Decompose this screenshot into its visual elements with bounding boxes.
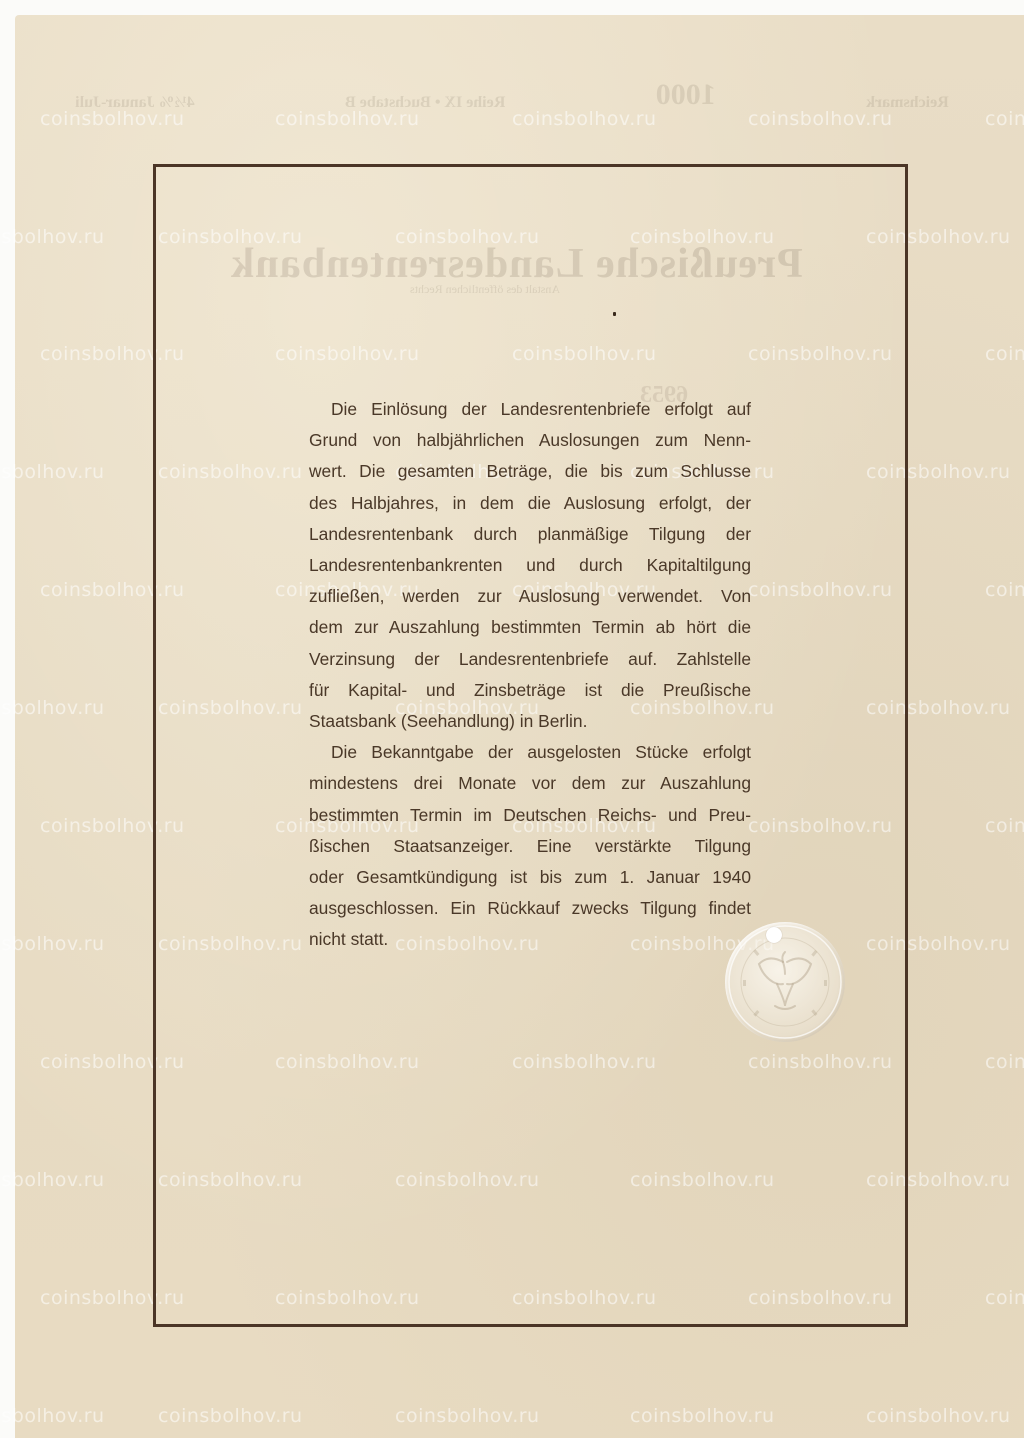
text-line: ausgeschlossen. Ein Rückkauf zwecks Tilg…	[309, 893, 751, 924]
text-line: Verzinsung der Landesrentenbriefe auf. Z…	[309, 644, 751, 675]
embossed-seal	[725, 922, 845, 1042]
paragraph-redemption: Die Einlösung der Landesrentenbriefe erf…	[309, 394, 751, 737]
text-line: Die Einlösung der Landesrentenbriefe erf…	[309, 394, 751, 425]
ink-speck	[613, 312, 616, 316]
text-line: Staatsbank (Seehandlung) in Berlin.	[309, 706, 751, 737]
text-line: ßischen Staatsanzeiger. Eine verstärkte …	[309, 831, 751, 862]
text-line: Die Bekanntgabe der ausgelosten Stücke e…	[309, 737, 751, 768]
text-line: Landesrentenbank durch planmäßige Tilgun…	[309, 519, 751, 550]
text-line: nicht statt.	[309, 924, 751, 955]
text-line: wert. Die gesamten Beträge, die bis zum …	[309, 456, 751, 487]
terms-text: Die Einlösung der Landesrentenbriefe erf…	[309, 394, 751, 956]
text-line: Landesrentenbankrenten und durch Kapital…	[309, 550, 751, 581]
text-line: des Halbjahres, in dem die Auslosung erf…	[309, 488, 751, 519]
paragraph-announcement: Die Bekanntgabe der ausgelosten Stücke e…	[309, 737, 751, 955]
text-line: bestimmten Termin im Deutschen Reichs- u…	[309, 800, 751, 831]
text-line: dem zur Auszahlung bestimmten Termin ab …	[309, 612, 751, 643]
eagle-seal-icon	[725, 922, 845, 1042]
scanned-page: Reichsmark 1000 Reihe IX • Buchstabe B 4…	[0, 0, 1024, 1438]
text-line: Grund von halbjährlichen Auslosungen zum…	[309, 425, 751, 456]
text-line: oder Gesamtkündigung ist bis zum 1. Janu…	[309, 862, 751, 893]
punch-hole	[766, 927, 782, 943]
text-line: mindestens drei Monate vor dem zur Ausza…	[309, 768, 751, 799]
text-line: zufließen, werden zur Auslosung verwende…	[309, 581, 751, 612]
text-line: für Kapital- und Zinsbeträge ist die Pre…	[309, 675, 751, 706]
